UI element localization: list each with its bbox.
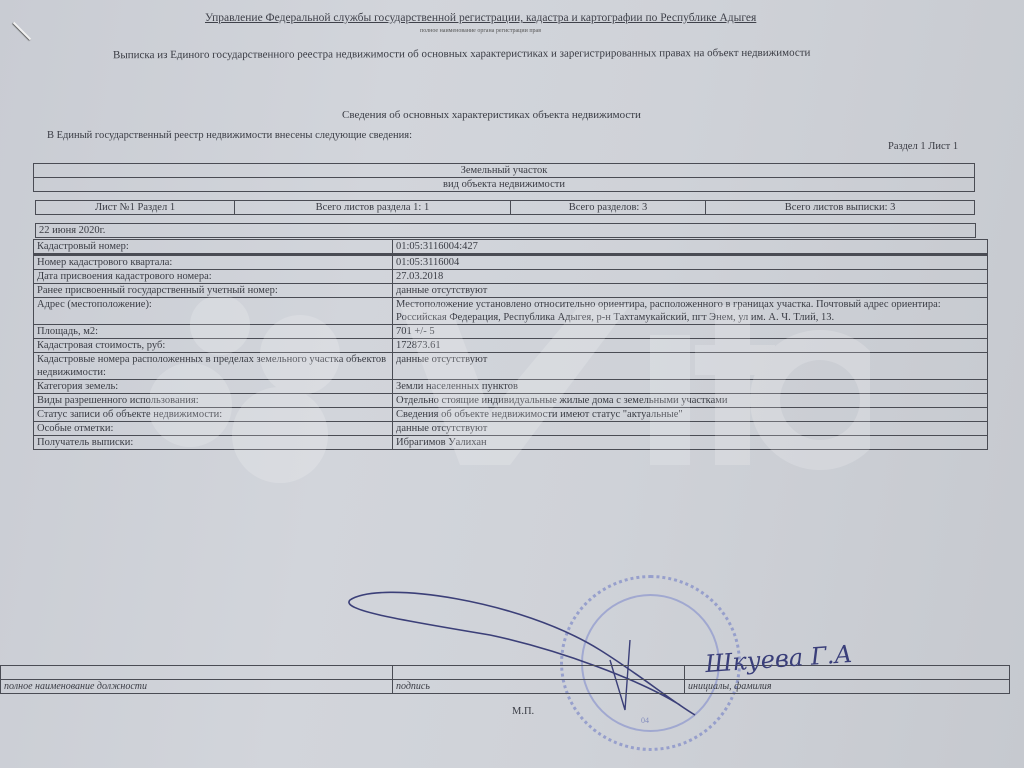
date-table: 22 июня 2020г. [35, 223, 976, 238]
object-type-value: Земельный участок [34, 164, 975, 178]
seal-number: 04 [641, 716, 649, 725]
sheet-reference: Раздел 1 Лист 1 [888, 141, 958, 152]
table-row: Номер кадастрового квартала: 01:05:31160… [34, 255, 988, 270]
signature-caption: подпись [393, 680, 685, 694]
table-row: Кадастровые номера расположенных в преде… [34, 353, 988, 380]
field-label: Дата присвоения кадастрового номера: [34, 270, 393, 284]
field-label: Кадастровый номер: [34, 240, 393, 255]
field-value: 172873.61 [393, 339, 988, 353]
field-label: Получатель выписки: [34, 436, 393, 450]
field-value: 701 +/- 5 [393, 325, 988, 339]
field-label: Статус записи об объекте недвижимости: [34, 408, 393, 422]
field-label: Категория земель: [34, 380, 393, 394]
field-value: данные отсутствуют [393, 422, 988, 436]
field-value: 01:05:3116004:427 [393, 240, 988, 255]
table-row: Статус записи об объекте недвижимости: С… [34, 408, 988, 422]
photo-scratch-mark [13, 22, 31, 40]
organization-name: Управление Федеральной службы государств… [205, 12, 756, 24]
field-value: Ибрагимов Уалихан [393, 436, 988, 450]
table-row: Кадастровый номер: 01:05:3116004:427 [34, 240, 988, 255]
field-value: данные отсутствуют [393, 353, 988, 380]
field-label: Площадь, м2: [34, 325, 393, 339]
field-value: Земли населенных пунктов [393, 380, 988, 394]
extract-sheet-count: Всего листов выписки: 3 [706, 201, 975, 215]
field-value: Местоположение установлено относительно … [393, 298, 988, 325]
table-row: Виды разрешенного использования: Отдельн… [34, 394, 988, 408]
extract-date: 22 июня 2020г. [36, 224, 976, 238]
sheets-info-table: Лист №1 Раздел 1 Всего листов раздела 1:… [35, 200, 975, 215]
seal-inner-ring [581, 594, 720, 732]
field-value: Отдельно стоящие индивидуальные жилые до… [393, 394, 988, 408]
field-label: Кадастровая стоимость, руб: [34, 339, 393, 353]
intro-text: В Единый государственный реестр недвижим… [47, 130, 412, 141]
table-row: Получатель выписки: Ибрагимов Уалихан [34, 436, 988, 450]
signature-field [393, 666, 685, 680]
field-value: 01:05:3116004 [393, 255, 988, 270]
table-row: Адрес (местоположение): Местоположение у… [34, 298, 988, 325]
table-row: Категория земель: Земли населенных пункт… [34, 380, 988, 394]
sheet-number: Лист №1 Раздел 1 [36, 201, 235, 215]
field-value: данные отсутствуют [393, 284, 988, 298]
signature-table: полное наименование должности подпись ин… [0, 665, 1010, 694]
section-sheet-count: Всего листов раздела 1: 1 [235, 201, 511, 215]
table-row: Кадастровая стоимость, руб: 172873.61 [34, 339, 988, 353]
position-field [1, 666, 393, 680]
characteristics-table: Кадастровый номер: 01:05:3116004:427 Ном… [33, 239, 988, 450]
table-row: Площадь, м2: 701 +/- 5 [34, 325, 988, 339]
field-label: Адрес (местоположение): [34, 298, 393, 325]
position-caption: полное наименование должности [1, 680, 393, 694]
name-caption: инициалы, фамилия [685, 680, 1010, 694]
object-type-caption: вид объекта недвижимости [34, 178, 975, 192]
field-label: Виды разрешенного использования: [34, 394, 393, 408]
field-label: Кадастровые номера расположенных в преде… [34, 353, 393, 380]
seal-place-caption: М.П. [512, 706, 534, 717]
object-type-table: Земельный участок вид объекта недвижимос… [33, 163, 975, 192]
field-label: Особые отметки: [34, 422, 393, 436]
table-row: Особые отметки: данные отсутствуют [34, 422, 988, 436]
extract-title: Выписка из Единого государственного реес… [113, 47, 810, 61]
field-label: Ранее присвоенный государственный учетны… [34, 284, 393, 298]
field-value: 27.03.2018 [393, 270, 988, 284]
field-value: Сведения об объекте недвижимости имеют с… [393, 408, 988, 422]
field-label: Номер кадастрового квартала: [34, 255, 393, 270]
organization-caption: полное наименование органа регистрации п… [420, 28, 541, 34]
table-row: Ранее присвоенный государственный учетны… [34, 284, 988, 298]
section-count: Всего разделов: 3 [510, 201, 705, 215]
section-title: Сведения об основных характеристиках объ… [342, 109, 641, 121]
table-row: Дата присвоения кадастрового номера: 27.… [34, 270, 988, 284]
